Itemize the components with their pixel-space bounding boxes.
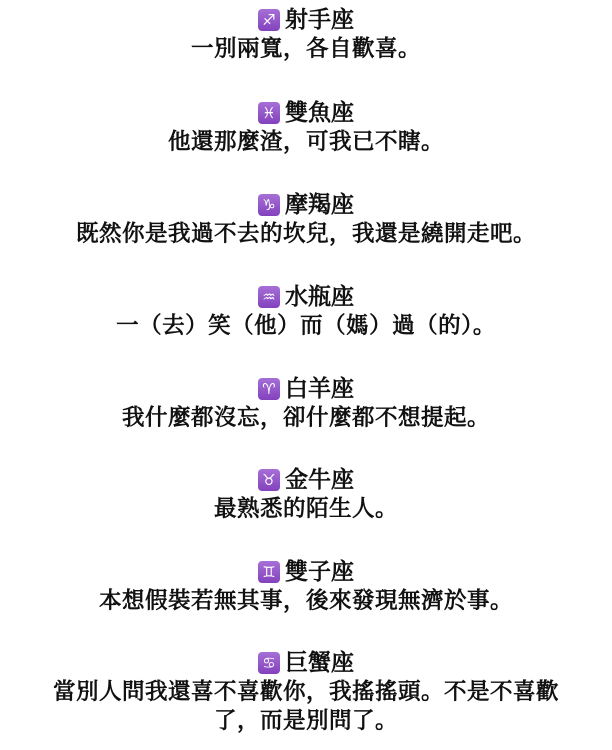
zodiac-section-aries: ♈ 白羊座 我什麼都沒忘，卻什麼都不想提起。 <box>0 374 612 433</box>
capricorn-icon: ♑ <box>258 194 280 216</box>
zodiac-name: 白羊座 <box>285 374 354 404</box>
aquarius-icon: ♒ <box>258 286 280 308</box>
zodiac-section-taurus: ♉ 金牛座 最熟悉的陌生人。 <box>0 465 612 524</box>
pisces-icon: ♓ <box>258 102 280 124</box>
cancer-icon: ♋ <box>258 652 280 674</box>
zodiac-title: ♊ 雙子座 <box>0 557 612 587</box>
zodiac-name: 射手座 <box>285 5 354 35</box>
zodiac-section-capricorn: ♑ 摩羯座 既然你是我過不去的坎兒，我還是繞開走吧。 <box>0 190 612 249</box>
taurus-icon: ♉ <box>258 469 280 491</box>
zodiac-title: ♈ 白羊座 <box>0 374 612 404</box>
zodiac-quote: 最熟悉的陌生人。 <box>0 495 612 524</box>
aries-icon: ♈ <box>258 378 280 400</box>
zodiac-section-aquarius: ♒ 水瓶座 一（去）笑（他）而（媽）過（的）。 <box>0 282 612 341</box>
zodiac-title: ♉ 金牛座 <box>0 465 612 495</box>
zodiac-name: 雙魚座 <box>285 98 354 128</box>
zodiac-name: 雙子座 <box>285 557 354 587</box>
zodiac-section-sagittarius: ♐ 射手座 一別兩寬，各自歡喜。 <box>0 5 612 64</box>
sagittarius-icon: ♐ <box>258 9 280 31</box>
zodiac-title: ♒ 水瓶座 <box>0 282 612 312</box>
zodiac-quote: 既然你是我過不去的坎兒，我還是繞開走吧。 <box>0 220 612 249</box>
zodiac-name: 水瓶座 <box>285 282 354 312</box>
zodiac-quote: 他還那麼渣，可我已不瞎。 <box>0 128 612 157</box>
zodiac-name: 金牛座 <box>285 465 354 495</box>
zodiac-section-pisces: ♓ 雙魚座 他還那麼渣，可我已不瞎。 <box>0 98 612 157</box>
zodiac-quote: 一（去）笑（他）而（媽）過（的）。 <box>0 312 612 341</box>
zodiac-title: ♑ 摩羯座 <box>0 190 612 220</box>
zodiac-title: ♓ 雙魚座 <box>0 98 612 128</box>
zodiac-name: 巨蟹座 <box>285 648 354 678</box>
zodiac-quote: 我什麼都沒忘，卻什麼都不想提起。 <box>0 404 612 433</box>
zodiac-section-gemini: ♊ 雙子座 本想假裝若無其事，後來發現無濟於事。 <box>0 557 612 616</box>
zodiac-title: ♋ 巨蟹座 <box>0 648 612 678</box>
zodiac-section-cancer: ♋ 巨蟹座 當別人問我還喜不喜歡你，我搖搖頭。不是不喜歡了，而是別問了。 <box>0 648 612 736</box>
gemini-icon: ♊ <box>258 561 280 583</box>
zodiac-title: ♐ 射手座 <box>0 5 612 35</box>
zodiac-quote: 當別人問我還喜不喜歡你，我搖搖頭。不是不喜歡了，而是別問了。 <box>0 678 612 736</box>
zodiac-quote: 一別兩寬，各自歡喜。 <box>0 35 612 64</box>
zodiac-quote: 本想假裝若無其事，後來發現無濟於事。 <box>0 587 612 616</box>
zodiac-name: 摩羯座 <box>285 190 354 220</box>
